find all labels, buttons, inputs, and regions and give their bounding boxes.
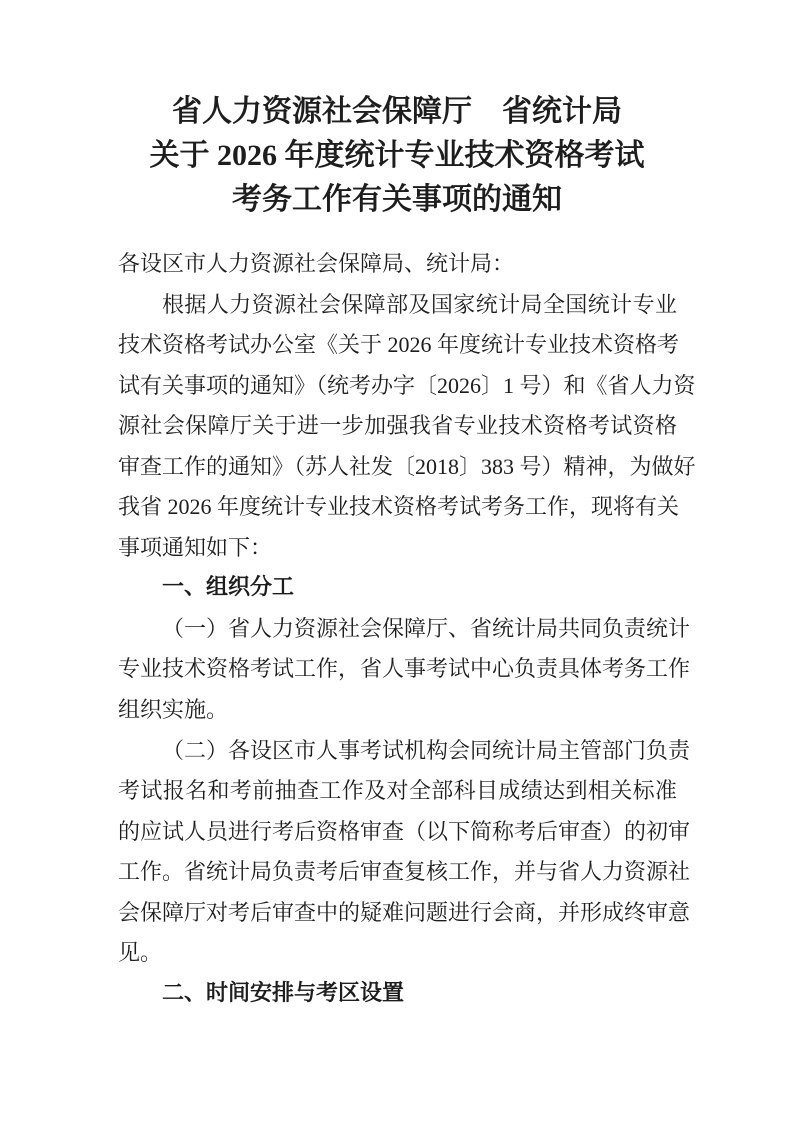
body-line: 审查工作的通知》（苏人社发〔2018〕383 号）精神，为做好 xyxy=(118,447,677,488)
document-title-line-3: 考务工作有关事项的通知 xyxy=(0,178,794,222)
body-line: 事项通知如下： xyxy=(118,528,677,569)
body-line: 工作。省统计局负责考后审查复核工作，并与省人力资源社 xyxy=(118,852,677,893)
document-title: 省人力资源社会保障厅 省统计局 关于 2026 年度统计专业技术资格考试 考务工… xyxy=(0,90,794,222)
body-line: （二）各设区市人事考试机构会同统计局主管部门负责 xyxy=(118,731,677,772)
document-page: 省人力资源社会保障厅 省统计局 关于 2026 年度统计专业技术资格考试 考务工… xyxy=(0,0,794,1123)
document-title-line-2: 关于 2026 年度统计专业技术资格考试 xyxy=(0,134,794,178)
body-line: （一）省人力资源社会保障厅、省统计局共同负责统计 xyxy=(118,609,677,650)
body-line: 我省 2026 年度统计专业技术资格考试考务工作，现将有关 xyxy=(118,487,677,528)
body-line: 见。 xyxy=(118,933,677,974)
body-line: 会保障厅对考后审查中的疑难问题进行会商，并形成终审意 xyxy=(118,893,677,934)
body-line: 考试报名和考前抽查工作及对全部科目成绩达到相关标准 xyxy=(118,771,677,812)
body-line: 根据人力资源社会保障部及国家统计局全国统计专业 xyxy=(118,285,677,326)
body-line: 源社会保障厅关于进一步加强我省专业技术资格考试资格 xyxy=(118,406,677,447)
section-heading-2: 二、时间安排与考区设置 xyxy=(118,974,677,1015)
document-body: 各设区市人力资源社会保障局、统计局： 根据人力资源社会保障部及国家统计局全国统计… xyxy=(118,244,677,1014)
body-line: 技术资格考试办公室《关于 2026 年度统计专业技术资格考 xyxy=(118,325,677,366)
section-heading-1: 一、组织分工 xyxy=(118,568,677,609)
body-line: 的应试人员进行考后资格审查（以下简称考后审查）的初审 xyxy=(118,812,677,853)
body-line: 专业技术资格考试工作，省人事考试中心负责具体考务工作 xyxy=(118,649,677,690)
body-line: 组织实施。 xyxy=(118,690,677,731)
body-line: 试有关事项的通知》（统考办字〔2026〕1 号）和《省人力资 xyxy=(118,366,677,407)
salutation-line: 各设区市人力资源社会保障局、统计局： xyxy=(118,244,677,285)
document-title-line-1: 省人力资源社会保障厅 省统计局 xyxy=(0,90,794,134)
